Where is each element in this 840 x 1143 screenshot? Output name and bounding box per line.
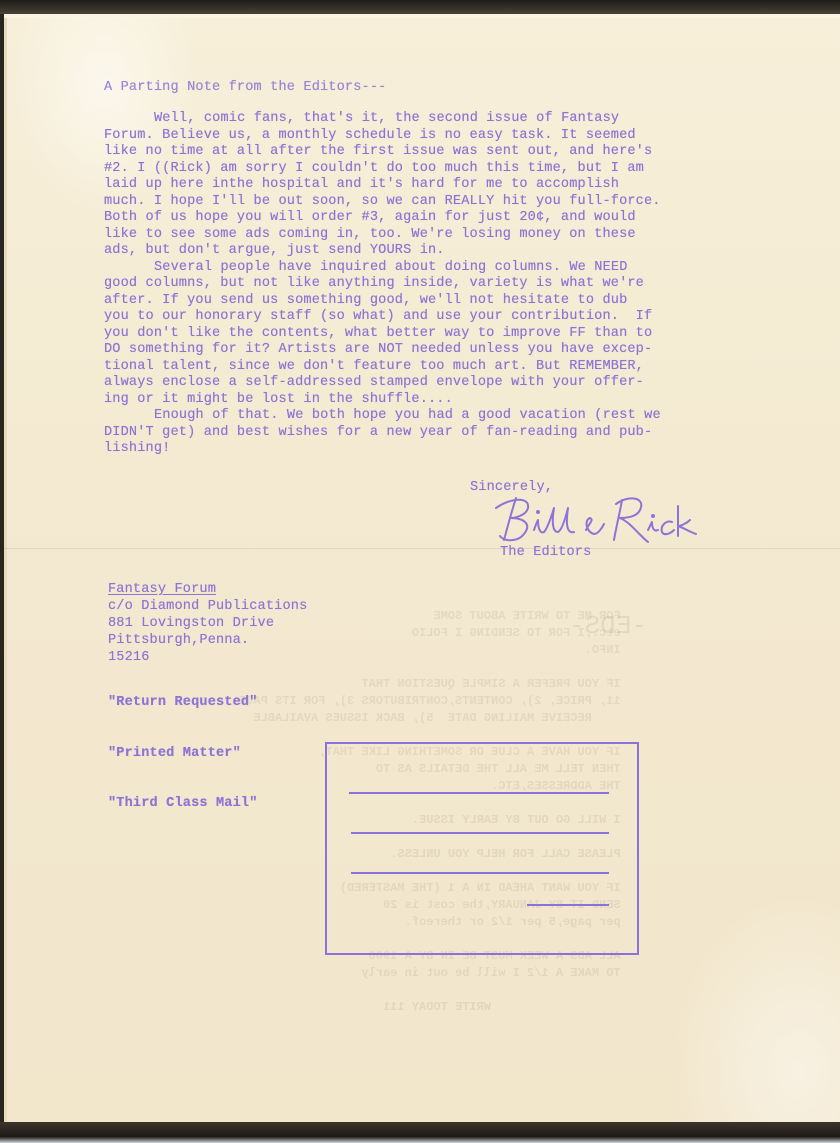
body-line: DIDN'T get) and best wishes for a new ye… bbox=[104, 425, 804, 442]
body-line: ing or it might be lost in the shuffle..… bbox=[104, 392, 804, 409]
body-line: like no time at all after the first issu… bbox=[104, 144, 804, 161]
body-line: DO something for it? Artists are NOT nee… bbox=[104, 342, 804, 359]
paper-fold-line bbox=[4, 548, 840, 549]
label-third-class-mail: "Third Class Mail" bbox=[108, 796, 258, 811]
body-line: Enough of that. We both hope you had a g… bbox=[104, 408, 804, 425]
address-zip: 15216 bbox=[108, 649, 307, 666]
body-line: always enclose a self-addressed stamped … bbox=[104, 375, 804, 392]
signed-title: The Editors bbox=[500, 545, 591, 560]
body-line: after. If you send us something good, we… bbox=[104, 293, 804, 310]
body-line: lishing! bbox=[104, 441, 804, 458]
body-line: you don't like the contents, what better… bbox=[104, 326, 804, 343]
address-line-3: Pittsburgh,Penna. bbox=[108, 632, 307, 649]
address-blank-line-zip bbox=[527, 904, 609, 906]
body-line: like to see some ads coming in, too. We'… bbox=[104, 227, 804, 244]
publication-name: Fantasy Forum bbox=[108, 581, 307, 598]
address-blank-line-1 bbox=[349, 792, 609, 794]
body-line: ads, but don't argue, just send YOURS in… bbox=[104, 243, 804, 260]
address-blank-line-3 bbox=[351, 872, 609, 874]
body-line: Both of us hope you will order #3, again… bbox=[104, 210, 804, 227]
address-line-1: c/o Diamond Publications bbox=[108, 598, 307, 615]
letter-body: Well, comic fans, that's it, the second … bbox=[104, 111, 804, 458]
mailing-address-box bbox=[325, 742, 639, 955]
body-line: tional talent, since we don't feature to… bbox=[104, 359, 804, 376]
body-line: good columns, but not like anything insi… bbox=[104, 276, 804, 293]
label-return-requested: "Return Requested" bbox=[108, 695, 258, 710]
body-line: you to our honorary staff (so what) and … bbox=[104, 309, 804, 326]
body-line: Several people have inquired about doing… bbox=[104, 260, 804, 277]
return-address: Fantasy Forum c/o Diamond Publications 8… bbox=[108, 581, 307, 666]
letter-heading: A Parting Note from the Editors--- bbox=[104, 80, 386, 95]
body-line: laid up here inthe hospital and it's har… bbox=[104, 177, 804, 194]
body-line: #2. I ((Rick) am sorry I couldn't do too… bbox=[104, 161, 804, 178]
address-line-2: 881 Lovingston Drive bbox=[108, 615, 307, 632]
address-blank-line-2 bbox=[351, 832, 609, 834]
bleed-through-handwriting: -EDS- bbox=[569, 618, 647, 635]
label-printed-matter: "Printed Matter" bbox=[108, 746, 241, 761]
signature-bill-and-rick bbox=[490, 490, 700, 550]
scan-bottom-shadow bbox=[0, 1122, 840, 1143]
body-line: Well, comic fans, that's it, the second … bbox=[104, 111, 804, 128]
body-line: much. I hope I'll be out soon, so we can… bbox=[104, 194, 804, 211]
body-line: Forum. Believe us, a monthly schedule is… bbox=[104, 128, 804, 145]
scan-top-shadow bbox=[0, 0, 840, 14]
